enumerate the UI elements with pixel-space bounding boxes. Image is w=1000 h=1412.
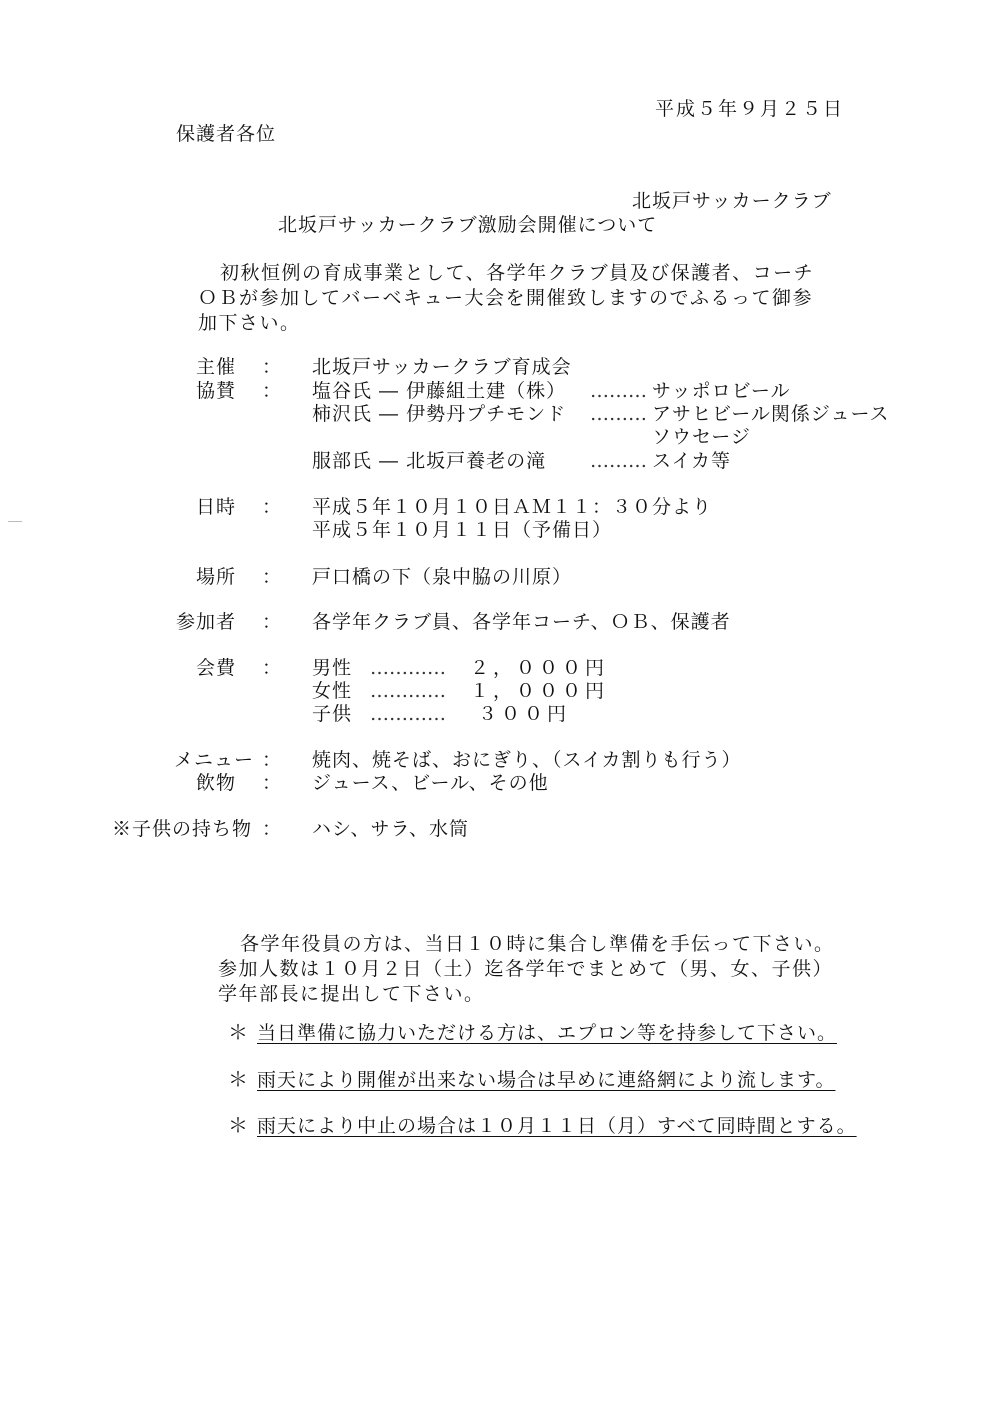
kids-items-colon: ：: [262, 818, 282, 841]
scan-speck: [8, 521, 22, 522]
fee-female-dots: …………: [370, 680, 446, 703]
notice-2: ＊雨天により開催が出来ない場合は早めに連絡網により流します。: [228, 1068, 835, 1092]
datetime-colon: ：: [262, 496, 282, 519]
kids-items-label: ※子供の持ち物: [112, 818, 252, 841]
sponsor-1-dots: ………: [590, 380, 647, 403]
sponsor-3-dots: ………: [590, 450, 647, 473]
notice-1: ＊当日準備に協力いただける方は、エプロン等を持参して下さい。: [228, 1021, 837, 1045]
drinks-label: 飲物: [196, 772, 236, 795]
document-title: 北坂戸サッカークラブ激励会開催について: [278, 214, 657, 237]
menu-value: 焼肉、焼そば、おにぎり、（スイカ割りも行う）: [312, 749, 742, 772]
notice-2-text: 雨天により開催が出来ない場合は早めに連絡網により流します。: [257, 1069, 835, 1091]
notes-line-2: 参加人数は１０月２日（土）迄各学年でまとめて（男、女、子供）: [218, 957, 858, 982]
notes-line-3: 学年部長に提出して下さい。: [218, 982, 858, 1007]
asterisk-icon: ＊: [228, 1067, 249, 1091]
addressee: 保護者各位: [176, 123, 276, 146]
fees-label: 会費: [196, 657, 236, 680]
fee-male-dots: …………: [370, 657, 446, 680]
asterisk-icon: ＊: [228, 1020, 249, 1044]
fee-child-amount: ３００円: [470, 703, 570, 726]
asterisk-icon: ＊: [228, 1113, 249, 1137]
notice-3-text: 雨天により中止の場合は１０月１１日（月）すべて同時間とする。: [257, 1115, 857, 1137]
intro-paragraph: 初秋恒例の育成事業として、各学年クラブ員及び保護者、コーチ ＯＢが参加してバーベ…: [198, 261, 838, 336]
notes-line-1: 各学年役員の方は、当日１０時に集合し準備を手伝って下さい。: [218, 932, 858, 957]
participants-label: 参加者: [176, 611, 236, 634]
datetime-line-1: 平成５年１０月１０日ＡＭ１１：３０分より: [312, 496, 712, 519]
fee-male-amount: ２，０００円: [470, 657, 570, 680]
intro-line-1: 初秋恒例の育成事業として、各学年クラブ員及び保護者、コーチ: [198, 261, 838, 286]
organizer-colon: ：: [262, 356, 282, 379]
place-value: 戸口橋の下（泉中脇の川原）: [312, 566, 572, 589]
sponsor-3-name: 服部氏 ― 北坂戸養老の滝: [312, 450, 546, 473]
fees-colon: ：: [262, 657, 282, 680]
sponsor-1-item: サッポロビール: [652, 380, 790, 403]
fee-female-label: 女性: [312, 680, 352, 703]
sender: 北坂戸サッカークラブ: [632, 190, 832, 213]
sponsor-2-item-2: ソウセージ: [652, 426, 751, 449]
organizer-value: 北坂戸サッカークラブ育成会: [312, 356, 572, 379]
drinks-colon: ：: [262, 772, 282, 795]
sponsor-1-name: 塩谷氏 ― 伊藤組土建（株）: [312, 380, 566, 403]
sponsor-2-dots: ………: [590, 403, 647, 426]
sponsor-3-item: スイカ等: [652, 450, 731, 473]
menu-colon: ：: [262, 749, 282, 772]
fee-female-amount: １，０００円: [470, 680, 570, 703]
intro-line-2: ＯＢが参加してバーベキュー大会を開催致しますのでふるって御参: [198, 286, 838, 311]
menu-label: メニュー: [174, 749, 254, 772]
fee-child-dots: …………: [370, 703, 446, 726]
sponsors-colon: ：: [262, 380, 282, 403]
fee-child-label: 子供: [312, 703, 352, 726]
kids-items-value: ハシ、サラ、水筒: [312, 818, 469, 841]
document-date: 平成５年９月２５日: [655, 98, 844, 121]
notice-3: ＊雨天により中止の場合は１０月１１日（月）すべて同時間とする。: [228, 1114, 857, 1138]
participants-value: 各学年クラブ員、各学年コーチ、ＯＢ、保護者: [312, 611, 731, 634]
drinks-value: ジュース、ビール、その他: [312, 772, 549, 795]
organizer-label: 主催: [196, 356, 236, 379]
sponsors-label: 協賛: [196, 380, 236, 403]
place-label: 場所: [196, 566, 236, 589]
sponsor-2-item: アサヒビール関係ジュース: [652, 403, 890, 426]
datetime-label: 日時: [196, 496, 236, 519]
notice-1-text: 当日準備に協力いただける方は、エプロン等を持参して下さい。: [257, 1022, 837, 1044]
notes-paragraph: 各学年役員の方は、当日１０時に集合し準備を手伝って下さい。 参加人数は１０月２日…: [218, 932, 858, 1007]
sponsor-2-name: 柿沢氏 ― 伊勢丹プチモンド: [312, 403, 566, 426]
intro-line-3: 加下さい。: [198, 311, 838, 336]
fee-male-label: 男性: [312, 657, 352, 680]
participants-colon: ：: [262, 611, 282, 634]
datetime-line-2: 平成５年１０月１１日（予備日）: [312, 519, 612, 542]
place-colon: ：: [262, 566, 282, 589]
